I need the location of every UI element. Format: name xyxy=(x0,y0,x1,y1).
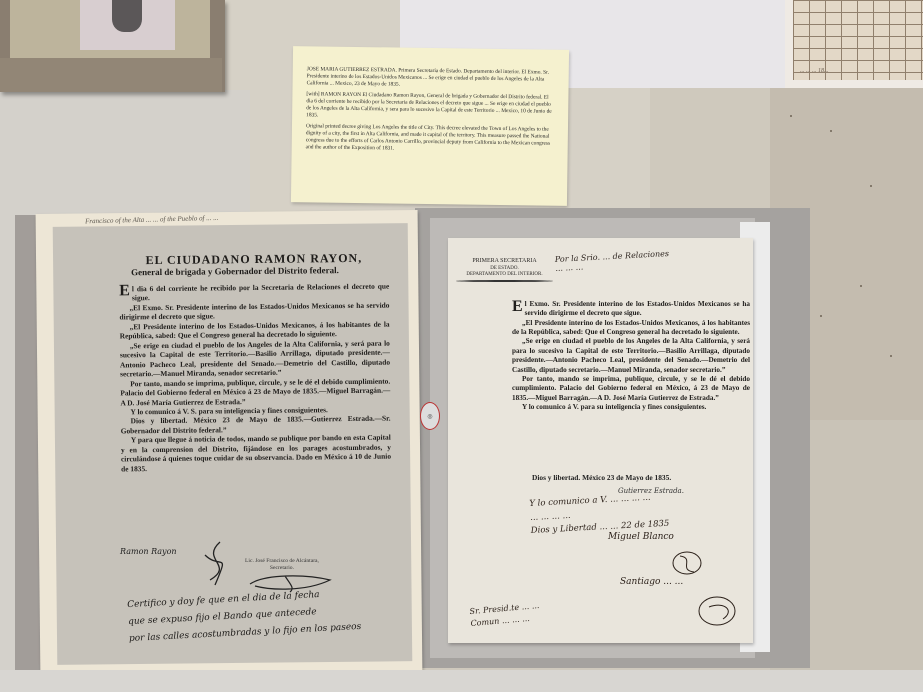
rubric-flourish-icon xyxy=(670,548,705,578)
right-document-closing: Dios y libertad. México 23 de Mayo de 18… xyxy=(532,473,671,482)
label-paragraph: [with] RAMON RAYON El Ciudadano Ramon Ra… xyxy=(306,92,556,122)
right-document-paper xyxy=(448,238,753,643)
box-rim xyxy=(0,58,222,92)
rubric-flourish-icon xyxy=(695,593,745,628)
storage-box xyxy=(0,0,225,92)
secretary-name: Lic. José Francisco de Alcántara, Secret… xyxy=(245,558,319,571)
drop-cap: E xyxy=(119,284,130,299)
right-document-letterhead: PRIMERA SECRETARIA DE ESTADO. DEPARTAMEN… xyxy=(452,258,557,283)
label-card: JOSE MARIA GUTIERREZ ESTRADA. Primera Se… xyxy=(291,46,569,206)
drop-cap: E xyxy=(512,300,523,314)
archive-seal: ◎ xyxy=(420,402,440,430)
left-document-subtitle: General de brigada y Gobernador del Dist… xyxy=(131,266,389,279)
signature-flourish-icon xyxy=(190,540,250,590)
right-document-body: El Exmo. Sr. Presidente interino de los … xyxy=(512,300,750,412)
left-document-body: El dia 6 del corriente he recibido por l… xyxy=(119,281,391,473)
label-paragraph: Original printed decree giving Los Angel… xyxy=(306,124,556,154)
stamp-image xyxy=(112,0,142,32)
ledger-footer: ... ... ... 18... xyxy=(800,68,920,78)
label-paragraph: JOSE MARIA GUTIERREZ ESTRADA. Primera Se… xyxy=(307,66,557,90)
handwritten-signature-2: Santiago ... ... xyxy=(620,577,683,587)
table-edge xyxy=(0,670,923,692)
left-document-text: EL CIUDADANO RAMON RAYON, General de bri… xyxy=(119,251,391,474)
handwritten-signature-1: Miguel Blanco xyxy=(608,532,674,542)
signature-rayon: Ramon Rayon xyxy=(120,547,177,556)
